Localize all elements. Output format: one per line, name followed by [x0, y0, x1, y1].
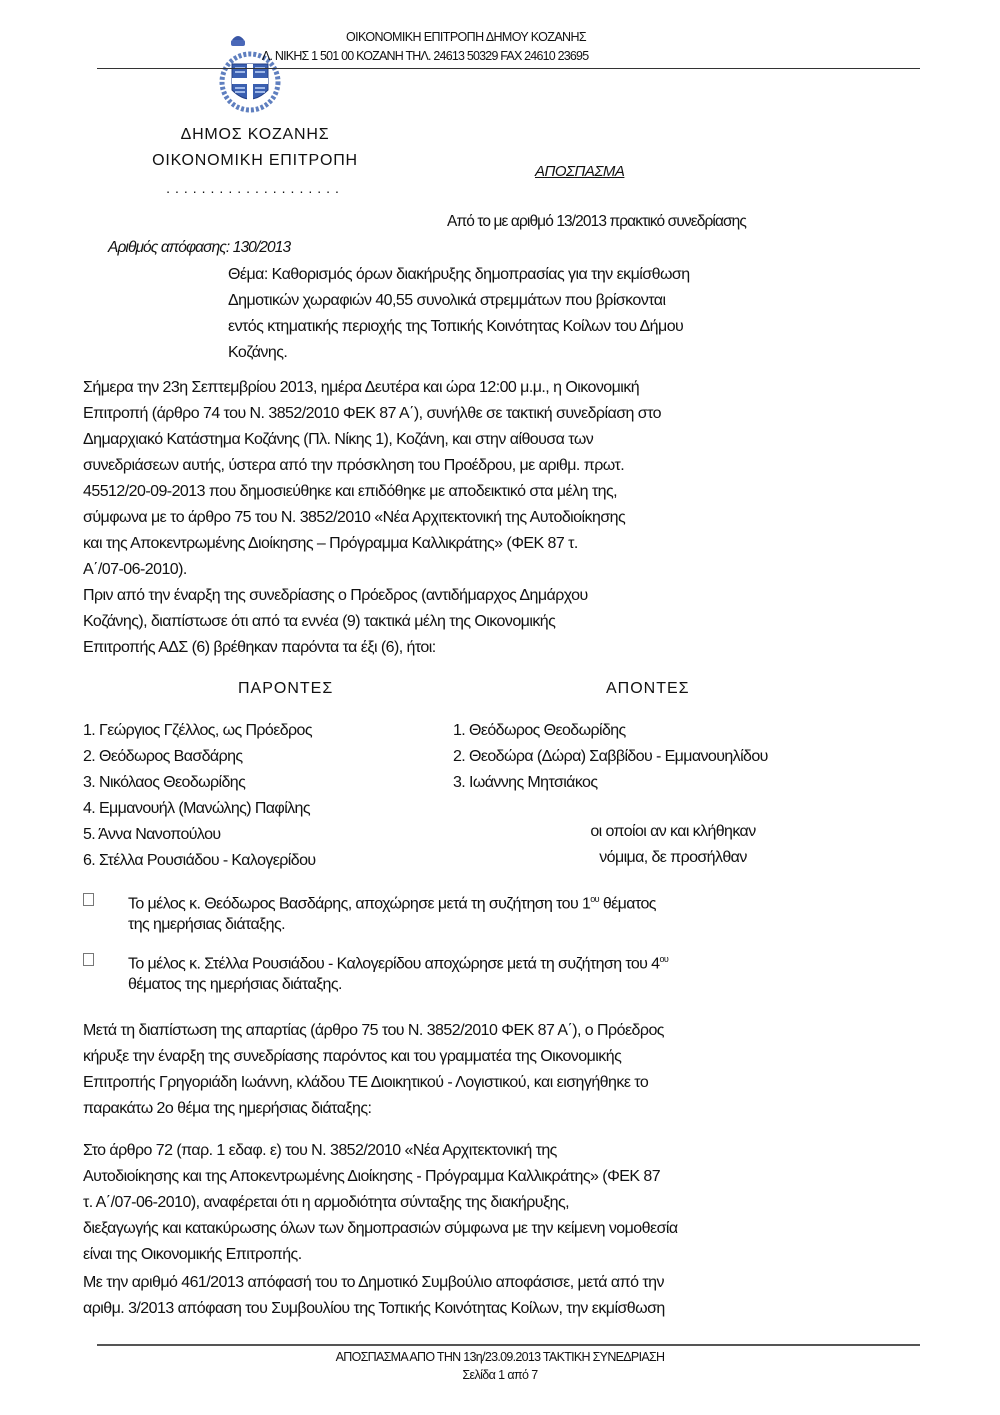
note-text: Το μέλος κ. Στέλλα Ρουσιάδου - Καλογερίδ…	[128, 955, 659, 972]
ordinal-suffix: ου	[590, 894, 599, 904]
footer-extract-line: ΑΠΟΣΠΑΣΜΑ ΑΠΟ ΤΗΝ 13η/23.09.2013 ΤΑΚΤΙΚΗ…	[0, 1350, 1000, 1364]
subject-block: Θέμα: Καθορισμός όρων διακήρυξης δημοπρα…	[228, 262, 908, 366]
bullet-box-icon	[83, 953, 94, 966]
greek-coat-of-arms-icon	[218, 30, 282, 114]
paragraph-line: Αυτοδιοίκησης και της Αποκεντρωμένης Διο…	[83, 1164, 908, 1190]
footer-divider	[97, 1344, 920, 1346]
intro-line: Κοζάνης), διαπίστωσε ότι από τα εννέα (9…	[83, 609, 908, 635]
committee-name: ΟΙΚΟΝΟΜΙΚΗ ΕΠΙΤΡΟΠΗ	[90, 152, 420, 170]
paragraph-line: Μετά τη διαπίστωση της απαρτίας (άρθρο 7…	[83, 1018, 908, 1044]
subject-line: Δημοτικών χωραφιών 40,55 συνολικά στρεμμ…	[228, 288, 908, 314]
paragraph-line: τ. Α΄/07-06-2010), αναφέρεται ότι η αρμο…	[83, 1190, 908, 1216]
subject-line: εντός κτηματικής περιοχής της Τοπικής Κο…	[228, 314, 908, 340]
intro-line: και της Αποκεντρωμένης Διοίκησης – Πρόγρ…	[83, 531, 908, 557]
paragraph-line: Επιτροπής Γρηγοριάδη Ιωάννη, κλάδου ΤΕ Δ…	[83, 1070, 908, 1096]
subject-line: Κοζάνης.	[228, 340, 908, 366]
present-member: 5. Άννα Νανοπούλου	[83, 822, 316, 848]
present-member: 4. Εμμανουήλ (Μανώλης) Παφίλης	[83, 796, 316, 822]
paragraph-line: είναι της Οικονομικής Επιτροπής.	[83, 1242, 908, 1268]
note-text: Το μέλος κ. Θεόδωρος Βασδάρης, αποχώρησε…	[128, 895, 590, 912]
paragraph-line: Με την αριθμό 461/2013 απόφασή του το Δη…	[83, 1270, 908, 1296]
absent-member: 3. Ιωάννης Μητσιάκος	[453, 770, 768, 796]
intro-line: Δημαρχιακό Κατάστημα Κοζάνης (Πλ. Νίκης …	[83, 427, 908, 453]
ordinal-suffix: ου	[659, 954, 668, 964]
absent-note: οι οποίοι αν και κλήθηκαν	[523, 823, 823, 841]
present-member: 1. Γεώργιος Γζέλλος, ως Πρόεδρος	[83, 718, 316, 744]
quorum-paragraph: Μετά τη διαπίστωση της απαρτίας (άρθρο 7…	[83, 1018, 908, 1122]
council-decision-paragraph: Με την αριθμό 461/2013 απόφασή του το Δη…	[83, 1270, 908, 1322]
present-member: 6. Στέλλα Ρουσιάδου - Καλογερίδου	[83, 848, 316, 874]
absent-member: 2. Θεοδώρα (Δώρα) Σαββίδου - Εμμανουηλίδ…	[453, 744, 768, 770]
article-paragraph: Στο άρθρο 72 (παρ. 1 εδαφ. ε) του Ν. 385…	[83, 1138, 908, 1268]
note-text: θέματος	[599, 895, 656, 912]
paragraph-line: διεξαγωγής και κατακύρωσης όλων των δημο…	[83, 1216, 908, 1242]
absent-note: νόμιμα, δε προσήλθαν	[523, 849, 823, 867]
paragraph-line: αριθμ. 3/2013 απόφαση του Συμβουλίου της…	[83, 1296, 908, 1322]
intro-line: Πριν από την έναρξη της συνεδρίασης ο Πρ…	[83, 583, 908, 609]
subject-line: Θέμα: Καθορισμός όρων διακήρυξης δημοπρα…	[228, 262, 908, 288]
intro-line: Επιτροπή (άρθρο 74 του Ν. 3852/2010 ΦΕΚ …	[83, 401, 908, 427]
absent-heading: ΑΠΟΝΤΕΣ	[606, 680, 690, 698]
dotted-line: ....................	[90, 180, 420, 196]
committee-header-title: ΟΙΚΟΝΟΜΙΚΗ ΕΠΙΤΡΟΠΗ ΔΗΜΟΥ ΚΟΖΑΝΗΣ	[346, 30, 586, 44]
present-heading: ΠΑΡΟΝΤΕΣ	[238, 680, 333, 698]
present-member: 2. Θεόδωρος Βασδάρης	[83, 744, 316, 770]
page-number: Σελίδα 1 από 7	[0, 1368, 1000, 1382]
note-text: της ημερήσιας διάταξης.	[128, 912, 285, 938]
paragraph-line: Στο άρθρο 72 (παρ. 1 εδαφ. ε) του Ν. 385…	[83, 1138, 908, 1164]
minutes-reference: Από το με αριθμό 13/2013 πρακτικό συνεδρ…	[447, 213, 746, 231]
extract-title: ΑΠΟΣΠΑΣΜΑ	[535, 163, 624, 180]
note-text: θέματος της ημερήσιας διάταξης.	[128, 972, 342, 998]
intro-line: Επιτροπής ΑΔΣ (6) βρέθηκαν παρόντα τα έξ…	[83, 635, 908, 661]
absent-list: 1. Θεόδωρος Θεοδωρίδης 2. Θεοδώρα (Δώρα)…	[453, 718, 768, 796]
paragraph-line: κήρυξε την έναρξη της συνεδρίασης παρόντ…	[83, 1044, 908, 1070]
intro-line: συνεδριάσεων αυτής, ύστερα από την πρόσκ…	[83, 453, 908, 479]
municipality-name: ΔΗΜΟΣ ΚΟΖΑΝΗΣ	[90, 126, 420, 144]
intro-paragraph: Σήμερα την 23η Σεπτεμβρίου 2013, ημέρα Δ…	[83, 375, 908, 661]
absent-member: 1. Θεόδωρος Θεοδωρίδης	[453, 718, 768, 744]
intro-line: Α΄/07-06-2010).	[83, 557, 908, 583]
bullet-box-icon	[83, 893, 94, 906]
present-list: 1. Γεώργιος Γζέλλος, ως Πρόεδρος 2. Θεόδ…	[83, 718, 316, 874]
present-member: 3. Νικόλαος Θεοδωρίδης	[83, 770, 316, 796]
paragraph-line: παρακάτω 2ο θέμα της ημερήσιας διάταξης:	[83, 1096, 908, 1122]
committee-address-line: Λ. ΝΙΚΗΣ 1 501 00 ΚΟΖΑΝΗ ΤΗΛ. 24613 5032…	[262, 49, 588, 63]
intro-line: 45512/20-09-2013 που δημοσιεύθηκε και επ…	[83, 479, 908, 505]
intro-line: Σήμερα την 23η Σεπτεμβρίου 2013, ημέρα Δ…	[83, 375, 908, 401]
decision-number: Αριθμός απόφασης: 130/2013	[108, 239, 290, 257]
header-divider	[97, 68, 920, 69]
intro-line: σύμφωνα με το άρθρο 75 του Ν. 3852/2010 …	[83, 505, 908, 531]
